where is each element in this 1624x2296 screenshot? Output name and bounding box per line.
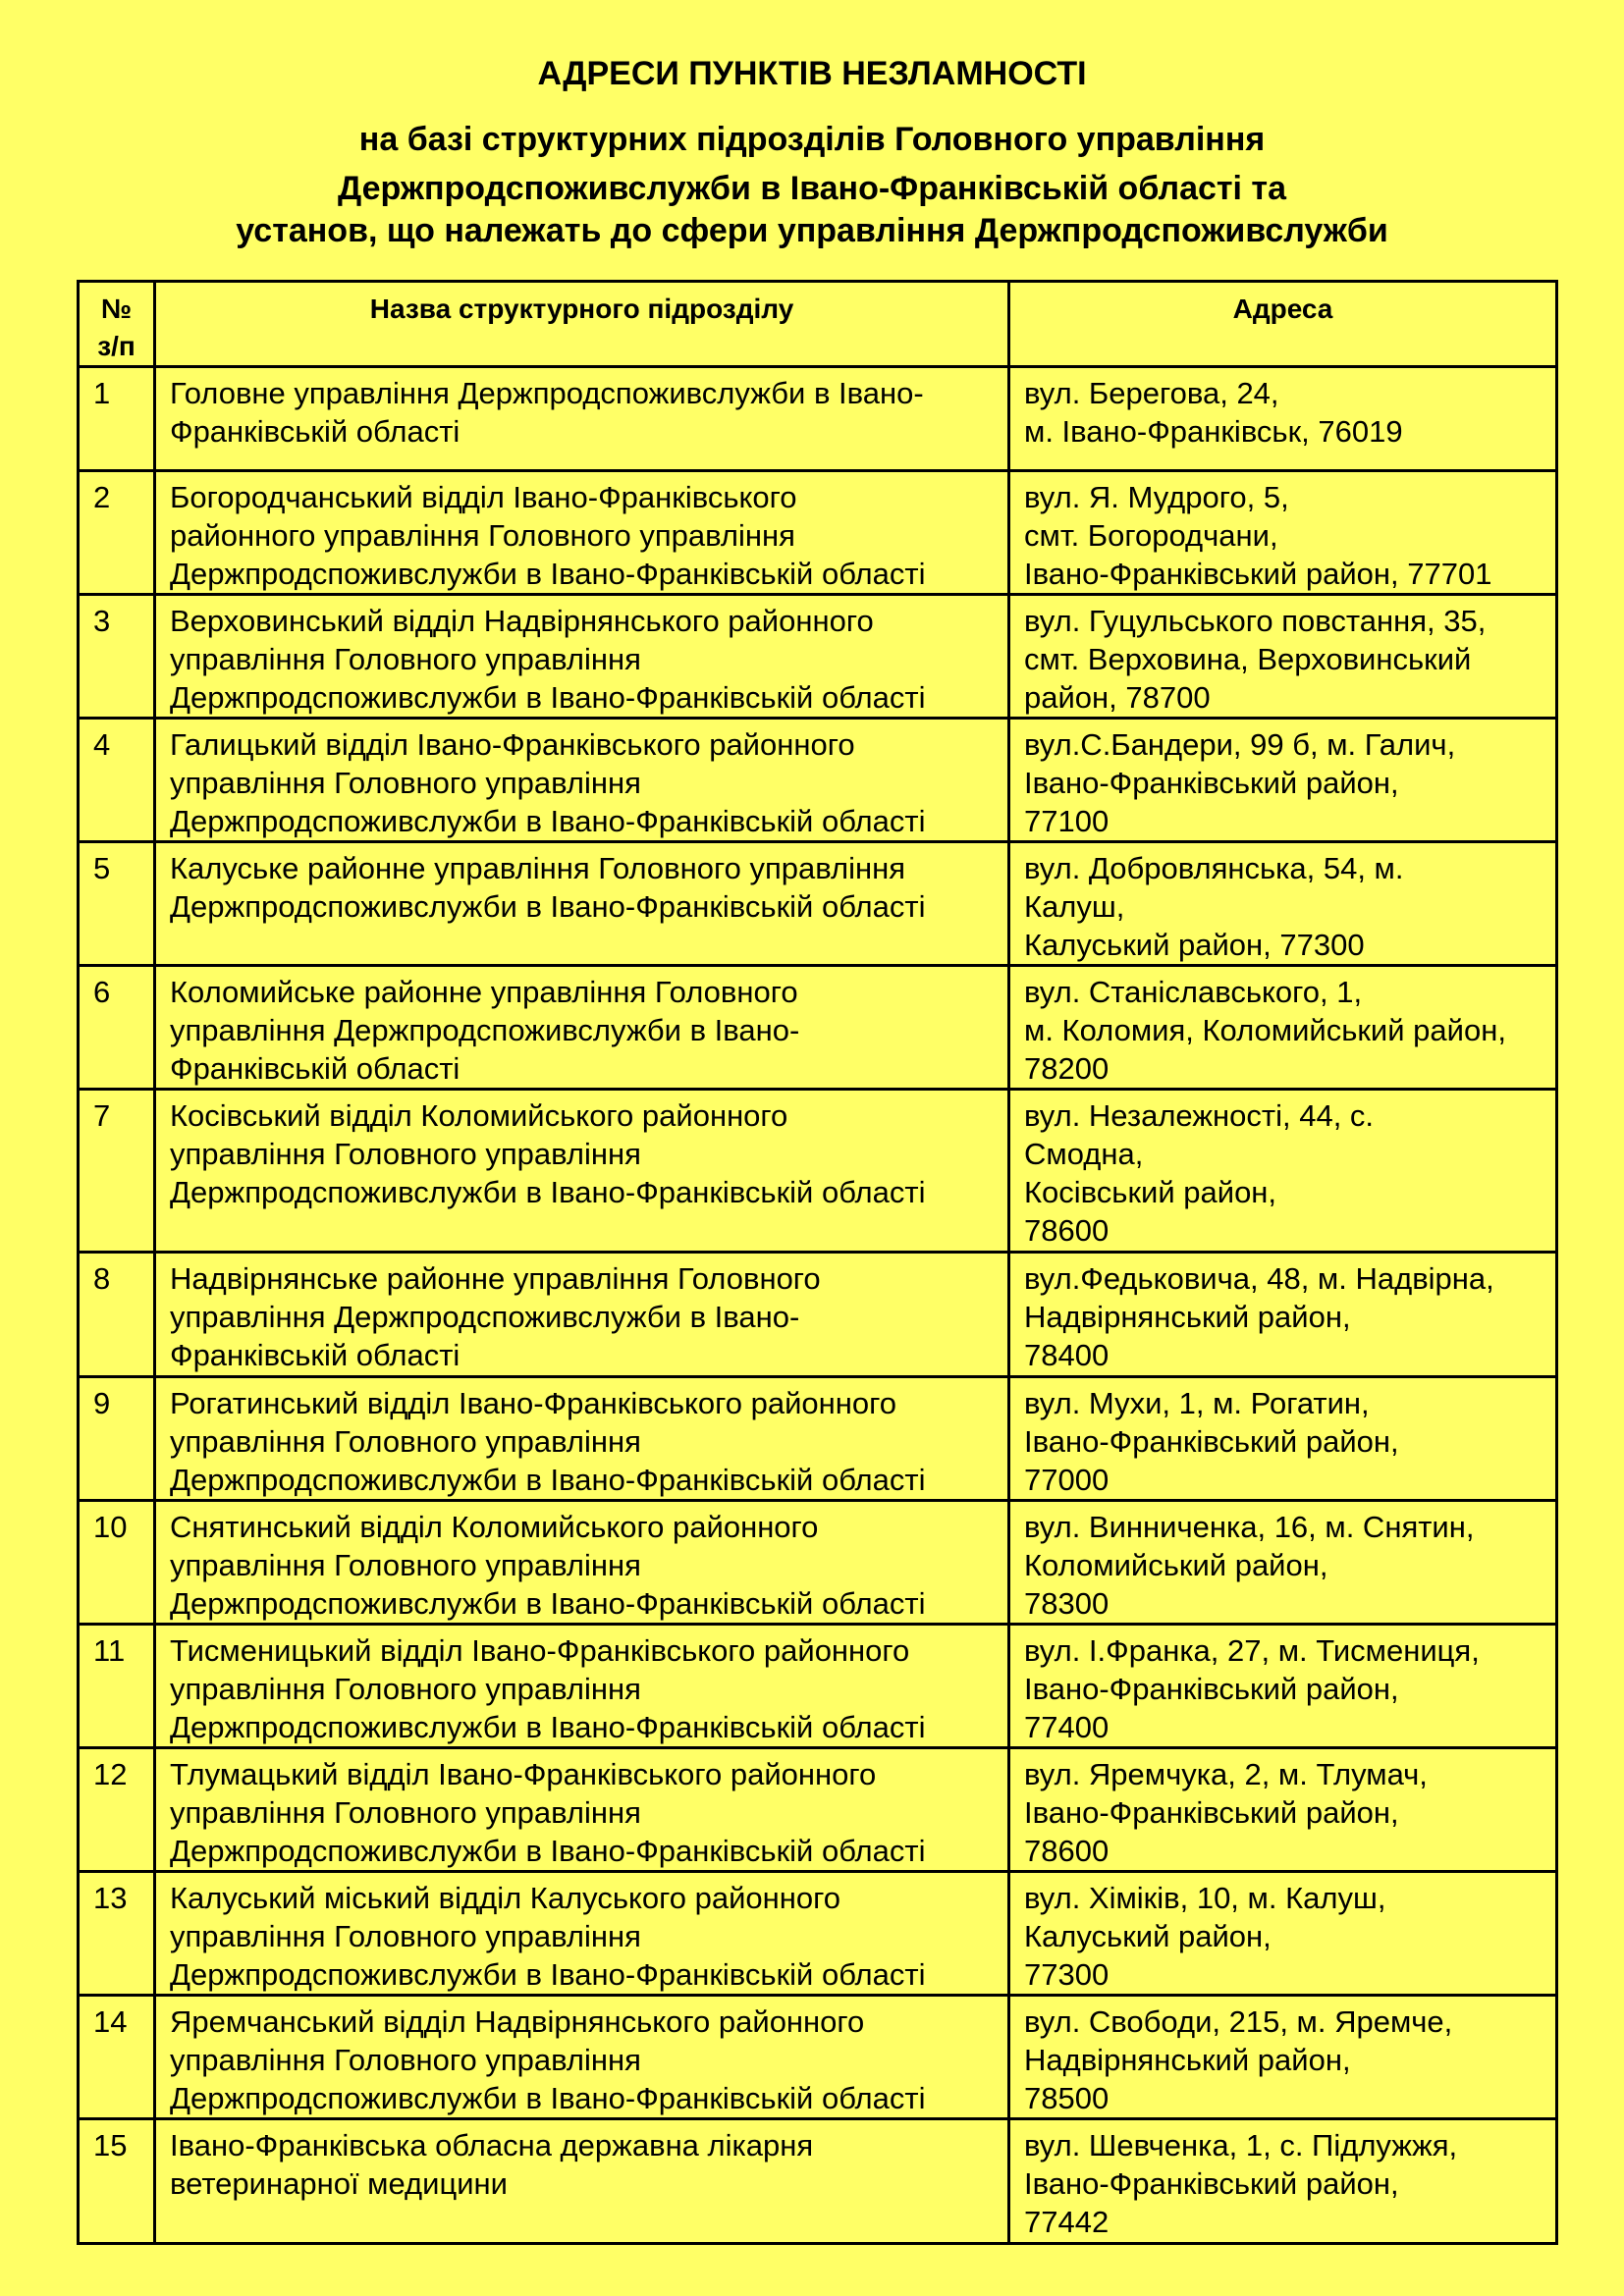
row-number: 15	[79, 2119, 155, 2244]
address-line: вул. Станіславського, 1,	[1024, 973, 1551, 1011]
row-number: 3	[79, 595, 155, 719]
unit-name-line: управління Головного управління	[170, 1422, 1001, 1461]
address-line: Калуський район, 77300	[1024, 926, 1551, 964]
address-line: вул. Хіміків, 10, м. Калуш,	[1024, 1879, 1551, 1917]
row-number: 13	[79, 1872, 155, 1996]
unit-name-line: Верховинський відділ Надвірнянського рай…	[170, 602, 1001, 640]
table-row: 12Тлумацький відділ Івано-Франківського …	[79, 1748, 1557, 1872]
addresses-table: № з/п Назва структурного підрозділу Адре…	[77, 280, 1558, 2245]
table-row: 7Косівський відділ Коломийського районно…	[79, 1090, 1557, 1253]
address-cell: вул. Добровлянська, 54, м.Калуш,Калуськи…	[1009, 842, 1557, 966]
unit-name-cell: Богородчанський відділ Івано-Франківсько…	[155, 471, 1009, 595]
unit-name-line: Держпродспоживслужби в Івано-Франківські…	[170, 887, 1001, 926]
table-row: 5Калуське районне управління Головного у…	[79, 842, 1557, 966]
address-line: 78600	[1024, 1211, 1551, 1250]
unit-name-line: управління Головного управління	[170, 1917, 1001, 1955]
header-number-abbr: з/п	[80, 328, 153, 365]
unit-name-line: управління Головного управління	[170, 2041, 1001, 2079]
unit-name-line: Держпродспоживслужби в Івано-Франківські…	[170, 1832, 1001, 1870]
address-cell: вул. Винниченка, 16, м. Снятин,Коломийсь…	[1009, 1501, 1557, 1625]
address-line: м. Івано-Франківськ, 76019	[1024, 412, 1551, 451]
document-title: АДРЕСИ ПУНКТІВ НЕЗЛАМНОСТІ	[0, 54, 1624, 93]
address-line: смт. Богородчани,	[1024, 516, 1551, 555]
unit-name-line: Косівський відділ Коломийського районног…	[170, 1096, 1001, 1135]
row-number: 5	[79, 842, 155, 966]
address-line: 78400	[1024, 1336, 1551, 1374]
address-line: Надвірнянський район,	[1024, 2041, 1551, 2079]
unit-name-line: Івано-Франківська обласна державна лікар…	[170, 2126, 1001, 2164]
address-line: Івано-Франківський район,	[1024, 2164, 1551, 2203]
address-line: 77400	[1024, 1708, 1551, 1746]
address-line: вул. Я. Мудрого, 5,	[1024, 478, 1551, 516]
address-line: Калуський район,	[1024, 1917, 1551, 1955]
unit-name-cell: Головне управління Держпродспоживслужби …	[155, 367, 1009, 471]
table-row: 9Рогатинський відділ Івано-Франківського…	[79, 1377, 1557, 1501]
unit-name-line: Держпродспоживслужби в Івано-Франківські…	[170, 1173, 1001, 1211]
address-line: вул. Свободи, 215, м. Яремче,	[1024, 2002, 1551, 2041]
address-cell: вул. Мухи, 1, м. Рогатин,Івано-Франківсь…	[1009, 1377, 1557, 1501]
unit-name-line: управління Головного управління	[170, 764, 1001, 802]
address-line: Івано-Франківський район,	[1024, 764, 1551, 802]
table-row: 14Яремчанський відділ Надвірнянського ра…	[79, 1996, 1557, 2119]
unit-name-line: Держпродспоживслужби в Івано-Франківські…	[170, 2079, 1001, 2117]
table-row: 8Надвірнянське районне управління Головн…	[79, 1253, 1557, 1377]
unit-name-line: Держпродспоживслужби в Івано-Франківські…	[170, 1708, 1001, 1746]
document-subtitle-line-2: Держпродспоживслужби в Івано-Франківські…	[0, 169, 1624, 208]
unit-name-cell: Тлумацький відділ Івано-Франківського ра…	[155, 1748, 1009, 1872]
table-row: 13Калуський міський відділ Калуського ра…	[79, 1872, 1557, 1996]
address-line: 78200	[1024, 1049, 1551, 1088]
address-line: Івано-Франківський район, 77701	[1024, 555, 1551, 593]
unit-name-cell: Яремчанський відділ Надвірнянського райо…	[155, 1996, 1009, 2119]
header-number-symbol: №	[80, 291, 153, 328]
address-line: вул. Незалежності, 44, с.	[1024, 1096, 1551, 1135]
unit-name-line: Держпродспоживслужби в Івано-Франківські…	[170, 802, 1001, 840]
unit-name-line: Держпродспоживслужби в Івано-Франківські…	[170, 1461, 1001, 1499]
address-line: Івано-Франківський район,	[1024, 1793, 1551, 1832]
unit-name-line: Яремчанський відділ Надвірнянського райо…	[170, 2002, 1001, 2041]
unit-name-line: Калуський міський відділ Калуського райо…	[170, 1879, 1001, 1917]
address-cell: вул. Свободи, 215, м. Яремче,Надвірнянсь…	[1009, 1996, 1557, 2119]
header-name: Назва структурного підрозділу	[155, 282, 1009, 367]
unit-name-line: управління Головного управління	[170, 640, 1001, 678]
table-row: 1Головне управління Держпродспоживслужби…	[79, 367, 1557, 471]
address-cell: вул. Я. Мудрого, 5,смт. Богородчани,Іван…	[1009, 471, 1557, 595]
unit-name-line: Рогатинський відділ Івано-Франківського …	[170, 1384, 1001, 1422]
address-line: вул. Добровлянська, 54, м.	[1024, 849, 1551, 887]
document-subtitle-line-3: установ, що належать до сфери управління…	[0, 211, 1624, 250]
unit-name-line: Держпродспоживслужби в Івано-Франківські…	[170, 1584, 1001, 1623]
address-line: вул.Федьковича, 48, м. Надвірна,	[1024, 1259, 1551, 1298]
table-row: 10Снятинський відділ Коломийського район…	[79, 1501, 1557, 1625]
unit-name-line: управління Держпродспоживслужби в Івано-	[170, 1011, 1001, 1049]
unit-name-line: управління Держпродспоживслужби в Івано-	[170, 1298, 1001, 1336]
address-line: вул. Мухи, 1, м. Рогатин,	[1024, 1384, 1551, 1422]
table-row: 2Богородчанський відділ Івано-Франківськ…	[79, 471, 1557, 595]
address-line: 78300	[1024, 1584, 1551, 1623]
address-line: 78600	[1024, 1832, 1551, 1870]
address-line: вул. Шевченка, 1, с. Підлужжя,	[1024, 2126, 1551, 2164]
unit-name-cell: Тисменицький відділ Івано-Франківського …	[155, 1625, 1009, 1748]
address-cell: вул.Федьковича, 48, м. Надвірна,Надвірня…	[1009, 1253, 1557, 1377]
address-line: м. Коломия, Коломийський район,	[1024, 1011, 1551, 1049]
address-line: вул. Яремчука, 2, м. Тлумач,	[1024, 1755, 1551, 1793]
document-subtitle-line-1: на базі структурних підрозділів Головног…	[0, 120, 1624, 159]
unit-name-cell: Надвірнянське районне управління Головно…	[155, 1253, 1009, 1377]
table-row: 6Коломийське районне управління Головног…	[79, 966, 1557, 1090]
table-row: 15Івано-Франківська обласна державна лік…	[79, 2119, 1557, 2244]
row-number: 6	[79, 966, 155, 1090]
address-line: вул. Винниченка, 16, м. Снятин,	[1024, 1508, 1551, 1546]
address-line: район, 78700	[1024, 678, 1551, 717]
table-row: 11Тисменицький відділ Івано-Франківськог…	[79, 1625, 1557, 1748]
unit-name-cell: Рогатинський відділ Івано-Франківського …	[155, 1377, 1009, 1501]
address-line: 77000	[1024, 1461, 1551, 1499]
address-cell: вул. І.Франка, 27, м. Тисмениця,Івано-Фр…	[1009, 1625, 1557, 1748]
address-cell: вул. Хіміків, 10, м. Калуш,Калуський рай…	[1009, 1872, 1557, 1996]
row-number: 2	[79, 471, 155, 595]
unit-name-line: управління Головного управління	[170, 1135, 1001, 1173]
row-number: 1	[79, 367, 155, 471]
address-cell: вул. Станіславського, 1,м. Коломия, Коло…	[1009, 966, 1557, 1090]
unit-name-line: Тисменицький відділ Івано-Франківського …	[170, 1631, 1001, 1670]
unit-name-line: Франківській області	[170, 412, 1001, 451]
row-number: 14	[79, 1996, 155, 2119]
unit-name-line: Держпродспоживслужби в Івано-Франківські…	[170, 678, 1001, 717]
header-address: Адреса	[1009, 282, 1557, 367]
unit-name-line: Головне управління Держпродспоживслужби …	[170, 374, 1001, 412]
unit-name-line: Франківській області	[170, 1049, 1001, 1088]
unit-name-line: ветеринарної медицини	[170, 2164, 1001, 2203]
unit-name-line: управління Головного управління	[170, 1793, 1001, 1832]
row-number: 4	[79, 719, 155, 842]
row-number: 10	[79, 1501, 155, 1625]
unit-name-cell: Галицький відділ Івано-Франківського рай…	[155, 719, 1009, 842]
address-cell: вул. Берегова, 24,м. Івано-Франківськ, 7…	[1009, 367, 1557, 471]
address-cell: вул. Гуцульського повстання, 35,смт. Вер…	[1009, 595, 1557, 719]
address-cell: вул. Яремчука, 2, м. Тлумач,Івано-Франкі…	[1009, 1748, 1557, 1872]
table-row: 3Верховинський відділ Надвірнянського ра…	[79, 595, 1557, 719]
unit-name-line: Тлумацький відділ Івано-Франківського ра…	[170, 1755, 1001, 1793]
address-line: 77442	[1024, 2203, 1551, 2241]
table-header-row: № з/п Назва структурного підрозділу Адре…	[79, 282, 1557, 367]
table-row: 4Галицький відділ Івано-Франківського ра…	[79, 719, 1557, 842]
unit-name-cell: Калуське районне управління Головного уп…	[155, 842, 1009, 966]
unit-name-cell: Снятинський відділ Коломийського районно…	[155, 1501, 1009, 1625]
row-number: 8	[79, 1253, 155, 1377]
address-line: Калуш,	[1024, 887, 1551, 926]
address-line: Косівський район,	[1024, 1173, 1551, 1211]
unit-name-line: Франківській області	[170, 1336, 1001, 1374]
address-line: вул. Гуцульського повстання, 35,	[1024, 602, 1551, 640]
unit-name-line: управління Головного управління	[170, 1670, 1001, 1708]
row-number: 11	[79, 1625, 155, 1748]
address-line: вул. І.Франка, 27, м. Тисмениця,	[1024, 1631, 1551, 1670]
unit-name-line: управління Головного управління	[170, 1546, 1001, 1584]
address-line: Коломийський район,	[1024, 1546, 1551, 1584]
unit-name-cell: Верховинський відділ Надвірнянського рай…	[155, 595, 1009, 719]
unit-name-cell: Коломийське районне управління Головного…	[155, 966, 1009, 1090]
unit-name-line: Снятинський відділ Коломийського районно…	[170, 1508, 1001, 1546]
unit-name-line: Галицький відділ Івано-Франківського рай…	[170, 725, 1001, 764]
row-number: 7	[79, 1090, 155, 1253]
address-cell: вул. Незалежності, 44, с.Смодна,Косівськ…	[1009, 1090, 1557, 1253]
unit-name-line: Надвірнянське районне управління Головно…	[170, 1259, 1001, 1298]
unit-name-line: Держпродспоживслужби в Івано-Франківські…	[170, 555, 1001, 593]
address-line: Надвірнянський район,	[1024, 1298, 1551, 1336]
unit-name-cell: Косівський відділ Коломийського районног…	[155, 1090, 1009, 1253]
unit-name-line: Коломийське районне управління Головного	[170, 973, 1001, 1011]
address-cell: вул.С.Бандери, 99 б, м. Галич,Івано-Фран…	[1009, 719, 1557, 842]
address-line: 77300	[1024, 1955, 1551, 1994]
address-line: 78500	[1024, 2079, 1551, 2117]
row-number: 9	[79, 1377, 155, 1501]
unit-name-line: Богородчанський відділ Івано-Франківсько…	[170, 478, 1001, 516]
row-number: 12	[79, 1748, 155, 1872]
address-line: Івано-Франківський район,	[1024, 1670, 1551, 1708]
unit-name-line: Держпродспоживслужби в Івано-Франківські…	[170, 1955, 1001, 1994]
address-line: смт. Верховина, Верховинський	[1024, 640, 1551, 678]
address-line: 77100	[1024, 802, 1551, 840]
unit-name-cell: Івано-Франківська обласна державна лікар…	[155, 2119, 1009, 2244]
unit-name-cell: Калуський міський відділ Калуського райо…	[155, 1872, 1009, 1996]
header-number: № з/п	[79, 282, 155, 367]
unit-name-line: районного управління Головного управлінн…	[170, 516, 1001, 555]
address-line: Івано-Франківський район,	[1024, 1422, 1551, 1461]
address-line: вул.С.Бандери, 99 б, м. Галич,	[1024, 725, 1551, 764]
address-line: вул. Берегова, 24,	[1024, 374, 1551, 412]
address-line: Смодна,	[1024, 1135, 1551, 1173]
unit-name-line: Калуське районне управління Головного уп…	[170, 849, 1001, 887]
address-cell: вул. Шевченка, 1, с. Підлужжя,Івано-Фран…	[1009, 2119, 1557, 2244]
